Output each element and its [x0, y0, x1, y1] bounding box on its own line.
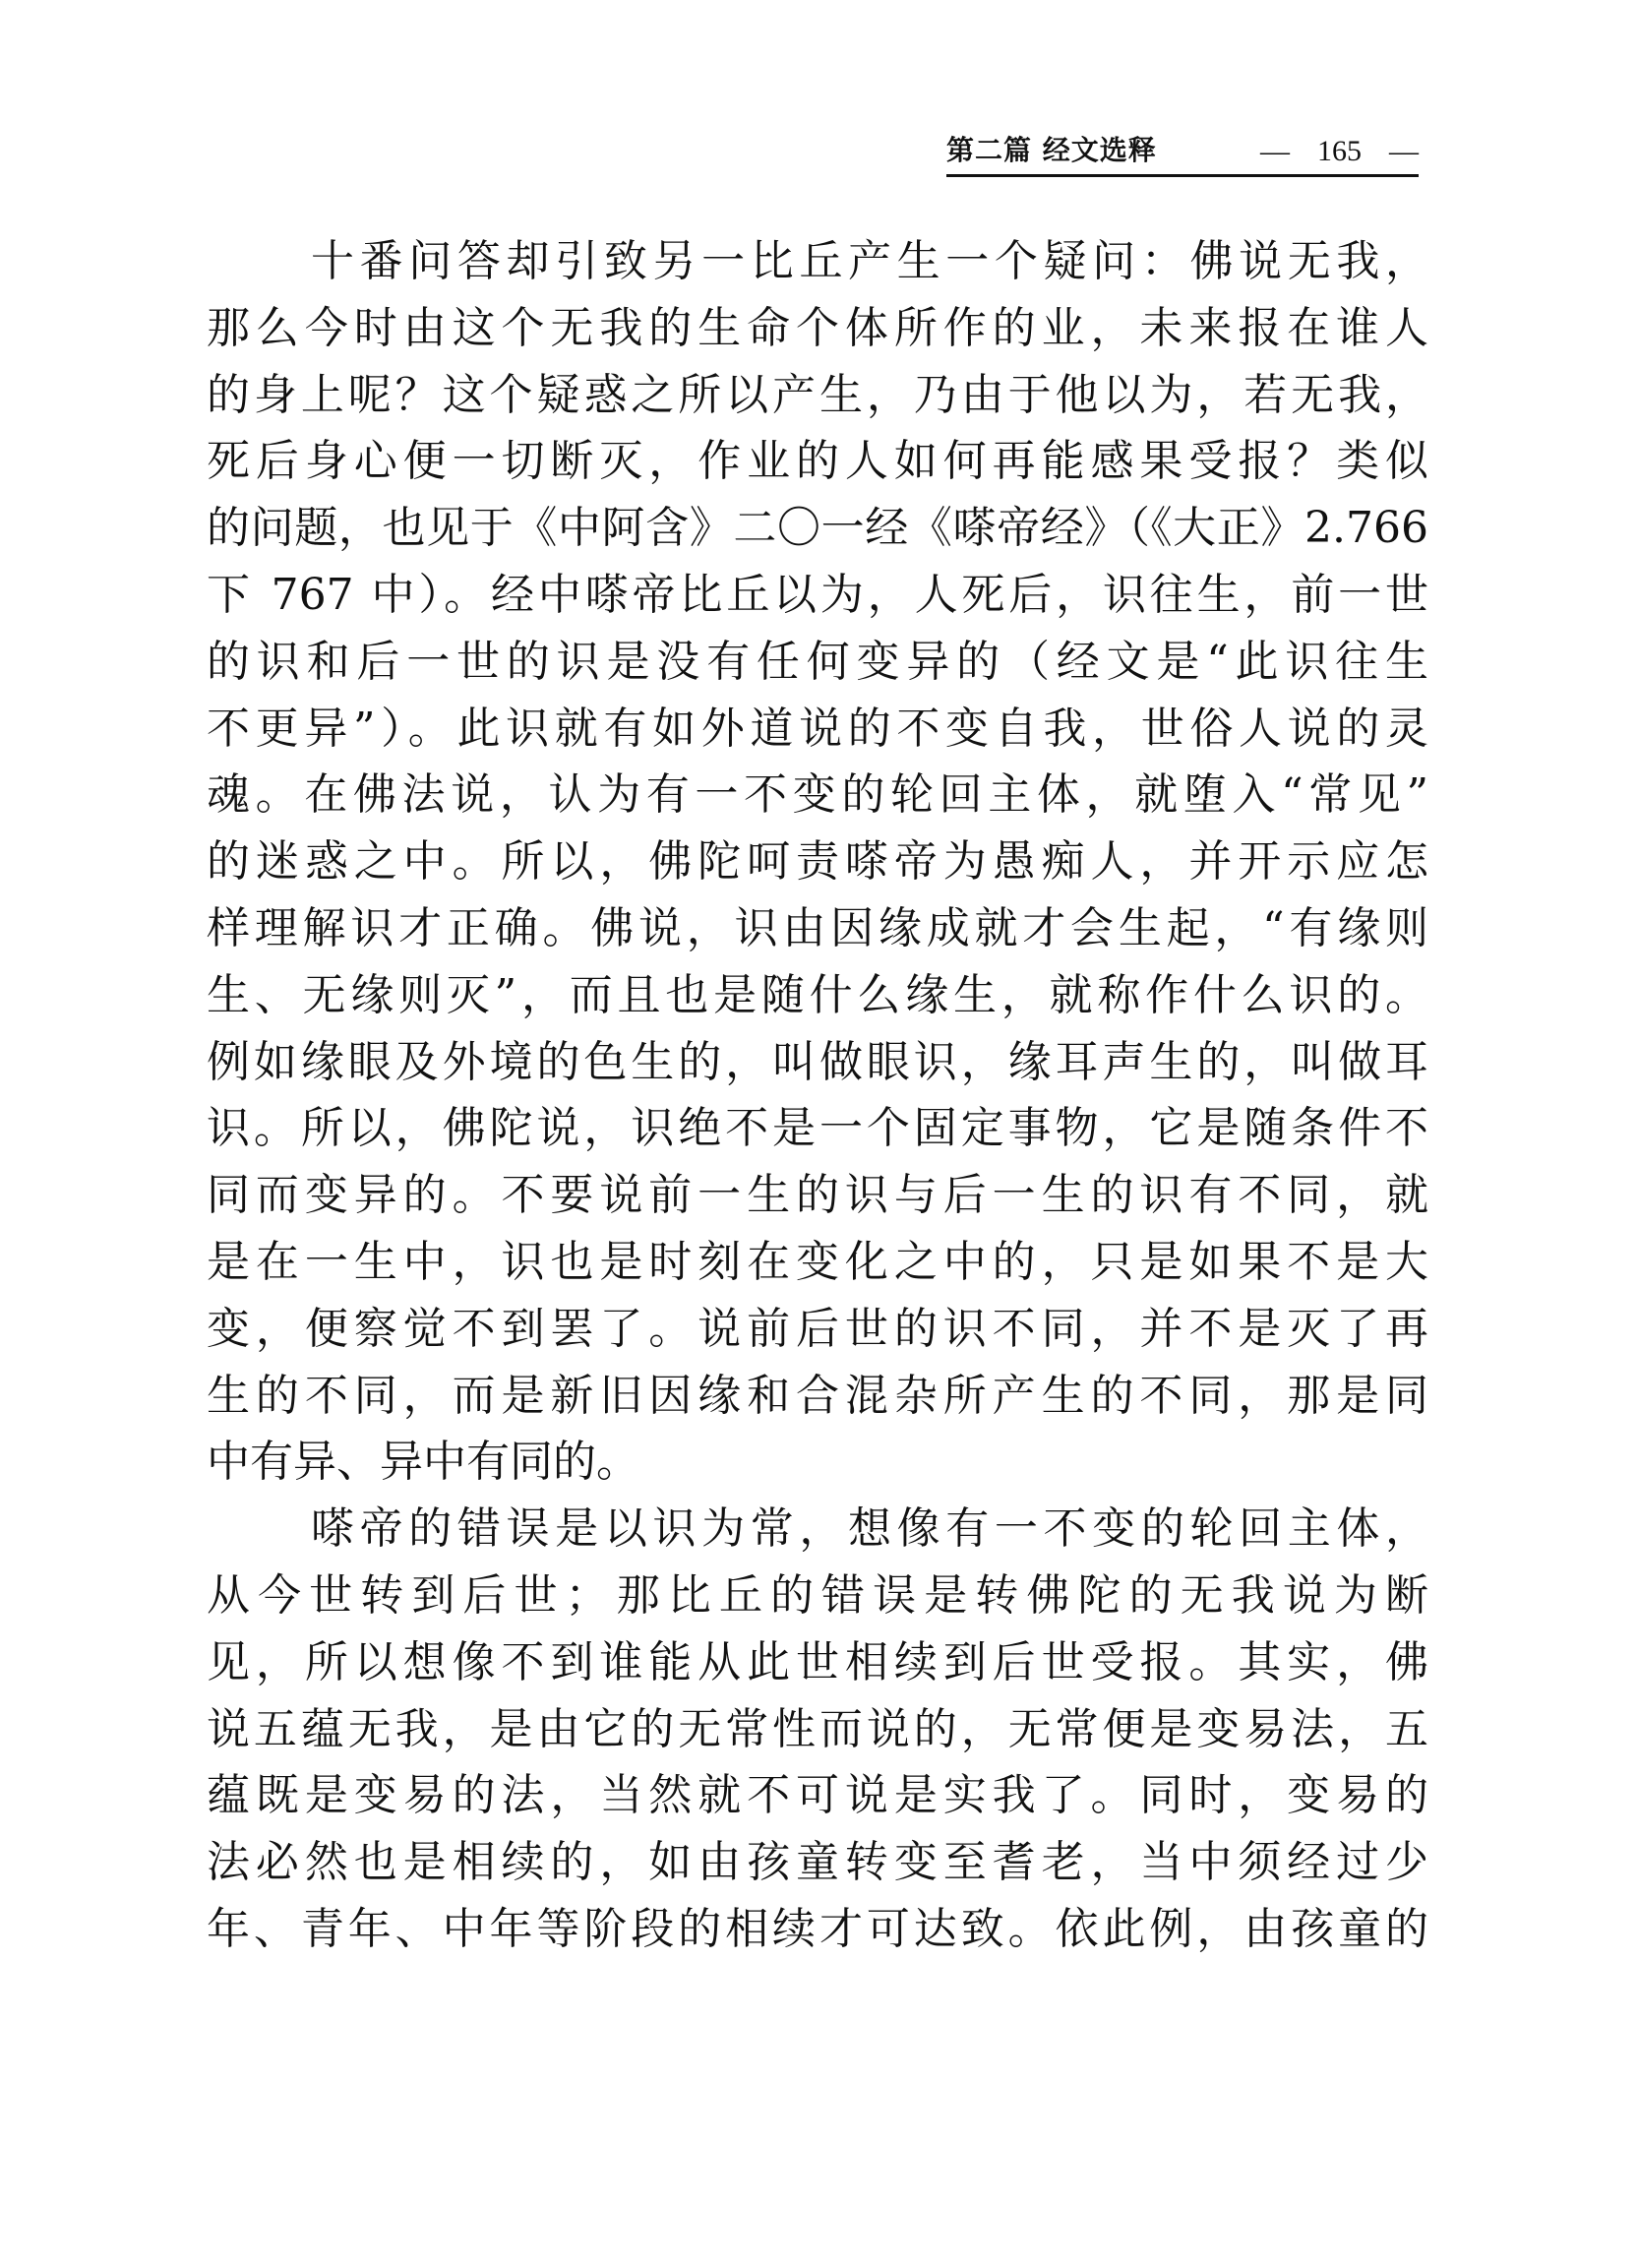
- text-line: 变，便察觉不到罢了。说前后世的识不同，并不是灭了再: [207, 1296, 1428, 1363]
- text-line: 说五蕴无我，是由它的无常性而说的，无常便是变易法，五: [207, 1696, 1428, 1763]
- running-header: 第二篇 经文选释 — 165 —: [946, 128, 1419, 177]
- text-line: 识。所以，佛陀说，识绝不是一个固定事物，它是随条件不: [207, 1095, 1428, 1162]
- text-line: 十番问答却引致另一比丘产生一个疑问：佛说无我，: [207, 228, 1428, 295]
- page-number-dash-right: —: [1389, 135, 1419, 168]
- page-number-group: — 165 —: [1260, 135, 1419, 168]
- text-line: 法必然也是相续的，如由孩童转变至耆老，当中须经过少: [207, 1829, 1428, 1896]
- text-line: 例如缘眼及外境的色生的，叫做眼识，缘耳声生的，叫做耳: [207, 1029, 1428, 1096]
- paragraph-1: 十番问答却引致另一比丘产生一个疑问：佛说无我， 那么今时由这个无我的生命个体所作…: [207, 228, 1428, 1496]
- text-line: 同而变异的。不要说前一生的识与后一生的识有不同，就: [207, 1162, 1428, 1229]
- text-line: 那么今时由这个无我的生命个体所作的业，未来报在谁人: [207, 295, 1428, 362]
- text-line: 不更异”）。此识就有如外道说的不变自我，世俗人说的灵: [207, 696, 1428, 763]
- paragraph-2: 嗏帝的错误是以识为常，想像有一不变的轮回主体， 从今世转到后世；那比丘的错误是转…: [207, 1496, 1428, 1963]
- text-line: 样理解识才正确。佛说，识由因缘成就才会生起，“有缘则: [207, 895, 1428, 962]
- text-line: 的识和后一世的识是没有任何变异的（经文是“此识往生: [207, 629, 1428, 696]
- text-line: 的身上呢？这个疑惑之所以产生，乃由于他以为，若无我，: [207, 362, 1428, 429]
- page-number-dash-left: —: [1260, 135, 1290, 168]
- body-text: 十番问答却引致另一比丘产生一个疑问：佛说无我， 那么今时由这个无我的生命个体所作…: [207, 228, 1428, 1963]
- text-line: 年、青年、中年等阶段的相续才可达致。依此例，由孩童的: [207, 1896, 1428, 1963]
- text-line: 见，所以想像不到谁能从此世相续到后世受报。其实，佛: [207, 1629, 1428, 1696]
- text-line: 下 767 中）。经中嗏帝比丘以为，人死后，识往生，前一世: [207, 562, 1428, 629]
- text-line: 的问题，也见于《中阿含》二〇一经《嗏帝经》（《大正》2.766: [207, 495, 1428, 562]
- page-number: 165: [1317, 135, 1362, 168]
- text-line: 嗏帝的错误是以识为常，想像有一不变的轮回主体，: [207, 1496, 1428, 1563]
- section-title: 第二篇 经文选释: [946, 129, 1157, 168]
- text-line: 是在一生中，识也是时刻在变化之中的，只是如果不是大: [207, 1229, 1428, 1296]
- text-line: 生的不同，而是新旧因缘和合混杂所产生的不同，那是同: [207, 1363, 1428, 1430]
- text-line: 中有异、异中有同的。: [207, 1429, 1428, 1496]
- text-line: 的迷惑之中。所以，佛陀呵责嗏帝为愚痴人，并开示应怎: [207, 828, 1428, 895]
- text-line: 魂。在佛法说，认为有一不变的轮回主体，就堕入“常见”: [207, 762, 1428, 828]
- text-line: 死后身心便一切断灭，作业的人如何再能感果受报？类似: [207, 428, 1428, 495]
- text-line: 蕴既是变易的法，当然就不可说是实我了。同时，变易的: [207, 1762, 1428, 1829]
- text-line: 生、无缘则灭”，而且也是随什么缘生，就称作什么识的。: [207, 962, 1428, 1029]
- text-line: 从今世转到后世；那比丘的错误是转佛陀的无我说为断: [207, 1563, 1428, 1629]
